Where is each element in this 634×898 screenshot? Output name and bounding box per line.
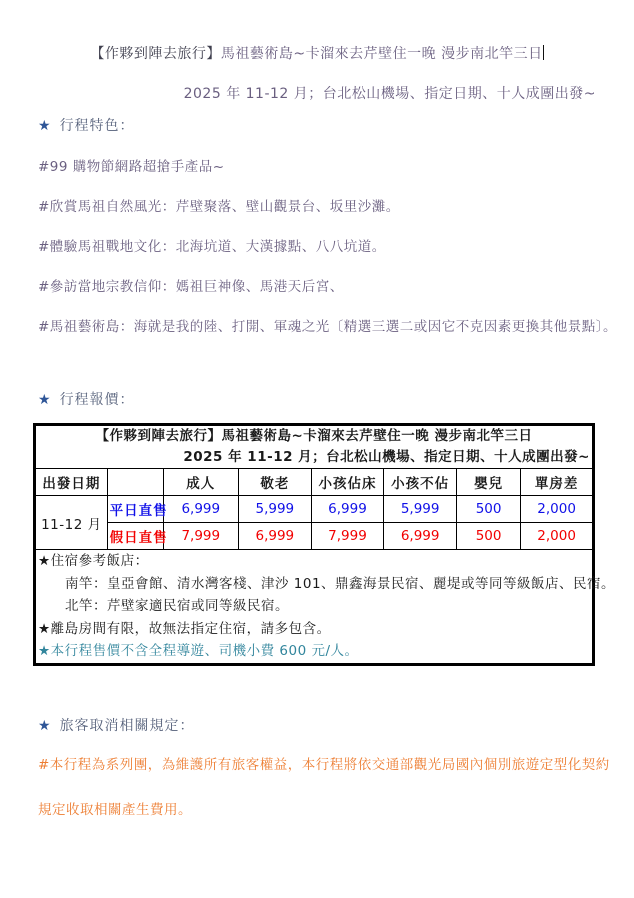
price-cell: 6,999: [384, 523, 457, 550]
feature-line: #參訪當地宗教信仰：媽祖巨神像、馬港天后宮、: [38, 278, 596, 296]
page-title: 【作夥到陣去旅行】馬祖藝術島~卡溜來去芹壁住一晚 漫步南北竿三日: [38, 44, 596, 64]
star-icon: ★: [38, 118, 52, 134]
note-hotels-heading: ★住宿參考飯店：: [38, 550, 590, 573]
feature-line: #99 購物節網路超搶手產品~: [38, 158, 596, 176]
weekday-sale-label: 平日直售: [107, 496, 163, 523]
holiday-sale-label: 假日直售: [107, 523, 163, 550]
price-cell: 6,999: [311, 496, 384, 523]
page-subtitle: 2025 年 11-12 月；台北松山機場、指定日期、十人成團出發~: [38, 84, 596, 104]
table-notes-row: ★住宿參考飯店： 南竿：皇亞會館、清水灣客棧、津沙 101、鼎鑫海景民宿、麗堤或…: [35, 550, 594, 665]
price-cell: 7,999: [311, 523, 384, 550]
table-header-row: 出發日期 成人 敬老 小孩佔床 小孩不佔 嬰兒 單房差: [35, 469, 594, 496]
table-notes-cell: ★住宿參考飯店： 南竿：皇亞會館、清水灣客棧、津沙 101、鼎鑫海景民宿、麗堤或…: [35, 550, 594, 665]
price-cell: 5,999: [239, 496, 312, 523]
note-tips-excluded: ★本行程售價不含全程導遊、司機小費 600 元/人。: [38, 640, 590, 663]
table-title-cell: 【作夥到陣去旅行】馬祖藝術島~卡溜來去芹壁住一晚 漫步南北竿三日 2025 年 …: [35, 425, 594, 469]
price-cell: 7,999: [163, 523, 238, 550]
title-main: 馬祖藝術島~卡溜來去芹壁住一晚 漫步南北竿三日: [221, 46, 543, 62]
feature-line: #欣賞馬祖自然風光：芹壁聚落、壁山觀景台、坂里沙灘。: [38, 198, 596, 216]
table-title-line2: 2025 年 11-12 月；台北松山機場、指定日期、十人成團出發~: [38, 447, 590, 468]
star-icon: ★: [38, 718, 52, 734]
cancellation-line: 規定收取相關產生費用。: [38, 801, 596, 819]
price-cell: 6,999: [163, 496, 238, 523]
note-beigan-hotels: 北竿：芹壁家適民宿或同等級民宿。: [38, 595, 590, 618]
col-header-infant: 嬰兒: [456, 469, 520, 496]
table-title-row: 【作夥到陣去旅行】馬祖藝術島~卡溜來去芹壁住一晚 漫步南北竿三日 2025 年 …: [35, 425, 594, 469]
col-header-blank: [107, 469, 163, 496]
title-prefix: 【作夥到陣去旅行】: [90, 46, 221, 62]
holiday-price-row: 假日直售 7,999 6,999 7,999 6,999 500 2,000: [35, 523, 594, 550]
pricing-table-container: 【作夥到陣去旅行】馬祖藝術島~卡溜來去芹壁住一晚 漫步南北竿三日 2025 年 …: [33, 423, 596, 666]
table-title-line1: 【作夥到陣去旅行】馬祖藝術島~卡溜來去芹壁住一晚 漫步南北竿三日: [38, 426, 590, 447]
col-header-adult: 成人: [163, 469, 238, 496]
star-icon: ★: [38, 392, 52, 408]
features-heading-label: 行程特色：: [60, 118, 135, 134]
depart-date-cell: 11-12 月: [35, 496, 108, 550]
price-cell: 500: [456, 523, 520, 550]
col-header-child-bed: 小孩佔床: [311, 469, 384, 496]
col-header-depart-date: 出發日期: [35, 469, 108, 496]
col-header-single-supp: 單房差: [521, 469, 594, 496]
note-room-limit: ★離島房間有限，故無法指定住宿，請多包含。: [38, 618, 590, 641]
pricing-table: 【作夥到陣去旅行】馬祖藝術島~卡溜來去芹壁住一晚 漫步南北竿三日 2025 年 …: [33, 423, 595, 666]
feature-line: #馬祖藝術島：海就是我的陸、打開、軍魂之光〔精選三選二或因它不克因素更換其他景點…: [38, 318, 596, 336]
note-nangan-hotels: 南竿：皇亞會館、清水灣客棧、津沙 101、鼎鑫海景民宿、麗堤或等同等級飯店、民宿…: [38, 573, 590, 596]
cancellation-line: #本行程為系列團，為維護所有旅客權益，本行程將依交通部觀光局國內個別旅遊定型化契…: [38, 756, 596, 774]
pricing-heading: ★行程報價：: [38, 390, 596, 410]
col-header-child-nobed: 小孩不佔: [384, 469, 457, 496]
price-cell: 500: [456, 496, 520, 523]
text-cursor: [543, 45, 544, 60]
features-heading: ★行程特色：: [38, 116, 596, 136]
weekday-price-row: 11-12 月 平日直售 6,999 5,999 6,999 5,999 500…: [35, 496, 594, 523]
feature-line: #體驗馬祖戰地文化：北海坑道、大漢據點、八八坑道。: [38, 238, 596, 256]
price-cell: 6,999: [239, 523, 312, 550]
document-page: 【作夥到陣去旅行】馬祖藝術島~卡溜來去芹壁住一晚 漫步南北竿三日 2025 年 …: [0, 0, 634, 898]
col-header-senior: 敬老: [239, 469, 312, 496]
price-cell: 5,999: [384, 496, 457, 523]
price-cell: 2,000: [521, 523, 594, 550]
cancellation-heading: ★旅客取消相關規定：: [38, 716, 596, 736]
cancellation-heading-label: 旅客取消相關規定：: [60, 718, 195, 734]
price-cell: 2,000: [521, 496, 594, 523]
pricing-heading-label: 行程報價：: [60, 392, 135, 408]
